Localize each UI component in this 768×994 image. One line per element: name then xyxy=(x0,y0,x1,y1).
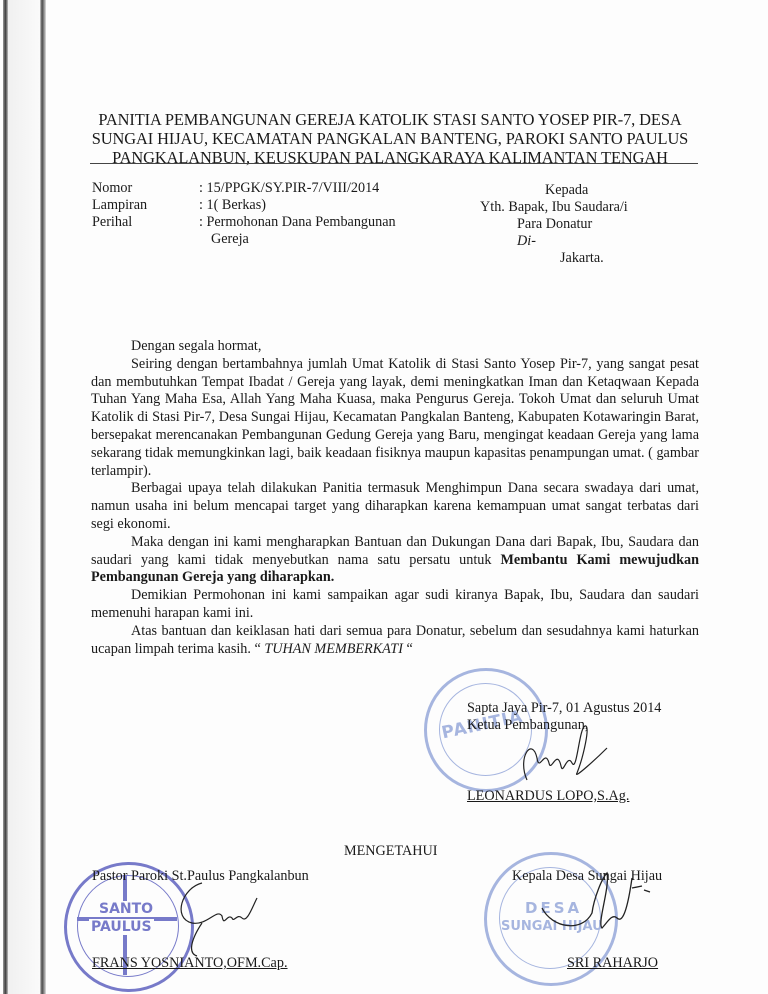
place-date: Sapta Jaya Pir-7, 01 Agustus 2014 xyxy=(467,700,661,717)
perihal-label: Perihal xyxy=(92,214,199,231)
letterhead-line: PANGKALANBUN, KEUSKUPAN PALANGKARAYA KAL… xyxy=(90,148,690,167)
paragraph-3: Maka dengan ini kami mengharapkan Bantua… xyxy=(91,534,699,587)
meta-row-perihal: Perihal : Permohonan Dana Pembangunan xyxy=(92,214,443,231)
recipient-group: Para Donatur xyxy=(480,216,700,233)
chair-signature xyxy=(507,718,617,788)
village-head-name: SRI RAHARJO xyxy=(567,955,658,972)
pastor-name: FRANS YOSNIANTO,OFM.Cap. xyxy=(92,955,288,972)
letterhead: PANITIA PEMBANGUNAN GEREJA KATOLIK STASI… xyxy=(90,110,690,167)
paragraph-5: Atas bantuan dan keiklasan hati dari sem… xyxy=(91,623,699,659)
meta-row-nomor: Nomor : 15/PPGK/SY.PIR-7/VIII/2014 xyxy=(92,180,443,197)
recipient-city: Jakarta. xyxy=(480,250,700,267)
perihal-value: : Permohonan Dana Pembangunan xyxy=(199,214,439,231)
perihal-value-cont: Gereja xyxy=(199,231,443,248)
nomor-value: : 15/PPGK/SY.PIR-7/VIII/2014 xyxy=(199,180,439,197)
letter-body: Dengan segala hormat, Seiring dengan ber… xyxy=(91,338,699,658)
village-head-signature xyxy=(532,868,652,948)
letterhead-line: PANITIA PEMBANGUNAN GEREJA KATOLIK STASI… xyxy=(90,110,690,129)
paragraph-1: Seiring dengan bertambahnya jumlah Umat … xyxy=(91,356,699,481)
scan-edge-line xyxy=(40,0,46,994)
blessing-text: TUHAN MEMBERKATI xyxy=(264,641,403,657)
meta-row-perihal-cont: Gereja xyxy=(92,231,443,248)
letter-meta: Nomor : 15/PPGK/SY.PIR-7/VIII/2014 Lampi… xyxy=(92,180,443,248)
stamp-santo: SANTO xyxy=(97,901,155,917)
paragraph-2: Berbagai upaya telah dilakukan Panitia t… xyxy=(91,480,699,533)
scan-shadow xyxy=(8,0,40,994)
village-head-signature-block: Kepala Desa Sungai Hijau SRI RAHARJO xyxy=(512,868,662,885)
greeting: Dengan segala hormat, xyxy=(91,338,699,356)
lampiran-label: Lampiran xyxy=(92,197,199,214)
stamp-paulus: PAULUS xyxy=(89,919,154,935)
letterhead-divider xyxy=(90,163,698,164)
scan-edge-line xyxy=(3,0,8,994)
nomor-label: Nomor xyxy=(92,180,199,197)
recipient-yth: Yth. Bapak, Ibu Saudara/i xyxy=(480,199,700,216)
closing-quote: “ xyxy=(403,641,413,657)
paragraph-4: Demikian Permohonan ini kami sampaikan a… xyxy=(91,587,699,623)
chair-signature-block: Sapta Jaya Pir-7, 01 Agustus 2014 Ketua … xyxy=(467,700,661,734)
letterhead-line: SUNGAI HIJAU, KECAMATAN PANGKALAN BANTEN… xyxy=(90,129,690,148)
meta-row-lampiran: Lampiran : 1( Berkas) xyxy=(92,197,443,214)
recipient-kepada: Kepada xyxy=(480,182,700,199)
pastor-signature xyxy=(162,878,272,958)
acknowledgement-heading: MENGETAHUI xyxy=(344,843,437,860)
chair-name: LEONARDUS LOPO,S.Ag. xyxy=(467,788,629,805)
lampiran-value: : 1( Berkas) xyxy=(199,197,439,214)
recipient-di: Di- xyxy=(480,233,700,250)
pastor-signature-block: Pastor Paroki St.Paulus Pangkalanbun FRA… xyxy=(92,868,309,885)
recipient-block: Kepada Yth. Bapak, Ibu Saudara/i Para Do… xyxy=(480,182,700,267)
